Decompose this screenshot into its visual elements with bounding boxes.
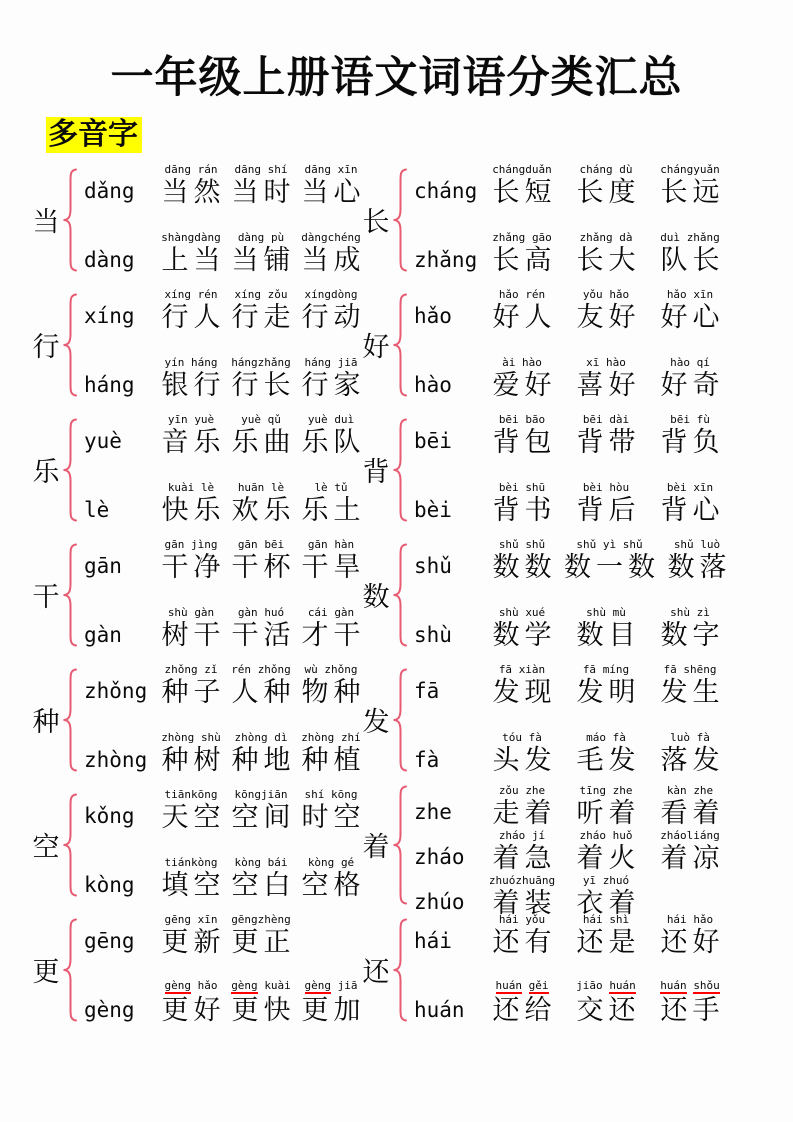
word-pinyin: gèng jiā (305, 979, 358, 994)
word-pinyin: hái hǎo (667, 913, 713, 926)
pronunciation-rows: shǔshǔ shǔ数数shǔ yì shǔ数一数shǔ luò数落shùshù… (414, 538, 793, 652)
word-pinyin: dāng rán (165, 163, 218, 176)
pronunciation-label: cháng (414, 179, 480, 208)
word-hanzi: 更正 (232, 927, 296, 958)
word-pinyin: hǎo xīn (667, 288, 713, 301)
pronunciation-rows: yuèyīn yuè音乐yuè qǔ乐曲yuè duì乐队lèkuài lè快乐… (84, 413, 366, 527)
pinyin-syllable: tǔ (334, 481, 347, 494)
word-item: kàn zhe看着 (648, 784, 732, 829)
pinyin-syllable: xíngdòng (305, 288, 358, 301)
polyphone-entry: 空kǒngtiānkōng天空kōngjiān空间shí kōng时空kòngt… (31, 782, 361, 907)
word-pinyin: dàngchéng (301, 231, 361, 244)
pronunciation-rows: gāngān jìng干净gān bēi干杯gān hàn干旱gànshù gà… (84, 538, 366, 652)
pinyin-syllable: huó (264, 606, 284, 619)
entry-character: 干 (31, 575, 61, 614)
word-item: huán gěi还给 (480, 979, 564, 1026)
entry-character: 数 (361, 575, 391, 614)
pronunciation-row: gēnggēng xīn更新gēngzhèng更正 (84, 913, 366, 958)
word-item: zhòng shù种树 (156, 731, 226, 776)
word-item: bèi hòu背后 (564, 481, 648, 526)
word-item: bēi bāo背包 (480, 413, 564, 458)
pronunciation-label: gān (84, 554, 156, 583)
word-pinyin: zhòng dì (235, 731, 288, 744)
pinyin-syllable: zhuó (603, 874, 630, 887)
pronunciation-row: lèkuài lè快乐huān lè欢乐lè tǔ乐土 (84, 481, 366, 526)
word-pinyin: luò fà (670, 731, 710, 744)
pinyin-syllable: dāng (165, 163, 192, 176)
pinyin-syllable: gèng (305, 979, 332, 994)
pinyin-syllable: xiàn (519, 663, 546, 676)
pinyin-syllable: shǔ (623, 538, 643, 551)
word-pinyin: háng jiā (305, 356, 358, 369)
word-hanzi: 乐土 (302, 495, 366, 526)
word-item: gèng hǎo更好 (156, 979, 226, 1026)
pinyin-syllable: hǎo (609, 288, 629, 301)
entry-character: 发 (361, 700, 391, 739)
word-pinyin: zháoliáng (660, 829, 720, 842)
pinyin-syllable: xīn (338, 163, 358, 176)
word-pinyin: fā míng (583, 663, 629, 676)
pinyin-syllable: zǒu (268, 288, 288, 301)
polyphone-grid: 当dǎngdāng rán当然dāng shí当时dāng xīn当心dàngs… (0, 157, 793, 1032)
word-pinyin: hái shì (583, 913, 629, 926)
word-item: gān jìng干净 (156, 538, 226, 583)
pinyin-syllable: dàngchéng (301, 231, 361, 244)
pinyin-syllable: shàngdàng (161, 231, 221, 244)
word-item: gēng xīn更新 (156, 913, 226, 958)
pinyin-syllable: shǔ (499, 538, 519, 551)
polyphone-entry: 好hǎohǎo rén好人yǒu hǎo友好hǎo xīn好心hàoài hào… (361, 282, 793, 407)
word-hanzi: 着急 (493, 843, 557, 874)
word-item: bèi xīn背心 (648, 481, 732, 526)
polyphone-entry: 长chángchángduǎn长短cháng dù长度chángyuǎn长远zh… (361, 157, 793, 282)
word-hanzi: 背书 (493, 495, 557, 526)
pronunciation-rows: hǎohǎo rén好人yǒu hǎo友好hǎo xīn好心hàoài hào爱… (414, 288, 793, 402)
polyphone-entry: 更gēnggēng xīn更新gēngzhèng更正gènggèng hǎo更好… (31, 907, 361, 1032)
word-pinyin: jiāo huán (576, 979, 636, 994)
word-pinyin: gēngzhèng (231, 913, 291, 926)
pinyin-syllable: hái (499, 913, 519, 926)
pinyin-syllable: dì (274, 731, 287, 744)
word-item: xī hào喜好 (564, 356, 648, 401)
pinyin-syllable: lè (201, 481, 214, 494)
word-pinyin: huán shǒu (660, 979, 720, 994)
word-hanzi: 干杯 (232, 552, 296, 583)
pinyin-syllable: yǒu (525, 913, 545, 926)
word-pinyin: zháo huǒ (580, 829, 633, 842)
word-pinyin: chángyuǎn (660, 163, 720, 176)
pinyin-syllable: hángzhǎng (231, 356, 291, 369)
pronunciation-label: kòng (84, 873, 156, 902)
pronunciation-label: hǎo (414, 304, 480, 333)
word-hanzi: 上当 (162, 245, 226, 276)
pinyin-syllable: hòu (609, 481, 629, 494)
word-hanzi: 好奇 (661, 370, 725, 401)
word-item: yuè qǔ乐曲 (226, 413, 296, 458)
pinyin-syllable: zhǒng (324, 663, 357, 676)
word-hanzi: 还好 (661, 927, 725, 958)
word-pinyin: shǔ shǔ (499, 538, 545, 551)
word-pinyin: yuè qǔ (241, 413, 281, 426)
pinyin-syllable: jí (532, 829, 545, 842)
pinyin-syllable: hǎo (693, 913, 713, 926)
word-hanzi: 空格 (302, 870, 366, 901)
word-item: shù zì数字 (648, 606, 732, 651)
word-item: zhǎng dà长大 (564, 231, 648, 276)
word-item: fā míng发明 (564, 663, 648, 708)
pinyin-syllable: zhǒng (165, 663, 198, 676)
pronunciation-rows: zhezǒu zhe走着tīng zhe听着kàn zhe看着zháozháo … (414, 784, 793, 906)
pinyin-syllable: hàn (334, 538, 354, 551)
word-item: shǔ shǔ数数 (480, 538, 564, 583)
word-hanzi: 发生 (661, 677, 725, 708)
pinyin-syllable: gēng (165, 913, 192, 926)
pronunciation-row: zhezǒu zhe走着tīng zhe听着kàn zhe看着 (414, 784, 793, 829)
pinyin-syllable: xīn (693, 481, 713, 494)
pinyin-syllable: rén (525, 288, 545, 301)
word-hanzi: 当铺 (232, 245, 296, 276)
polyphone-entry: 行xíngxíng rén行人xíng zǒu行走xíngdòng行动hángy… (31, 282, 361, 407)
word-hanzi: 发明 (577, 677, 641, 708)
word-item: yǒu hǎo友好 (564, 288, 648, 333)
pronunciation-row: chángchángduǎn长短cháng dù长度chángyuǎn长远 (414, 163, 793, 208)
pronunciation-rows: dǎngdāng rán当然dāng shí当时dāng xīn当心dàngsh… (84, 163, 366, 277)
word-hanzi: 背包 (493, 427, 557, 458)
pronunciation-row: xíngxíng rén行人xíng zǒu行走xíngdòng行动 (84, 288, 366, 333)
pronunciation-label: xíng (84, 304, 156, 333)
word-item: zhǒng zǐ种子 (156, 663, 226, 708)
word-item: dàng pù当铺 (226, 231, 296, 276)
word-hanzi: 行走 (232, 302, 296, 333)
brace-icon (61, 668, 79, 772)
word-hanzi: 物种 (302, 677, 366, 708)
word-pinyin: fā shēng (664, 663, 717, 676)
pinyin-syllable: yín (165, 356, 185, 369)
word-hanzi: 种植 (302, 745, 366, 776)
pronunciation-rows: gēnggēng xīn更新gēngzhèng更正gènggèng hǎo更好g… (84, 913, 366, 1027)
pinyin-syllable: hǎo (499, 288, 519, 301)
pinyin-syllable: rén (198, 288, 218, 301)
pinyin-syllable: huān (238, 481, 265, 494)
brace-icon (61, 793, 79, 897)
pinyin-syllable: xī (586, 356, 599, 369)
polyphone-entry: 乐yuèyīn yuè音乐yuè qǔ乐曲yuè duì乐队lèkuài lè快… (31, 407, 361, 532)
word-hanzi: 种树 (162, 745, 226, 776)
word-pinyin: hángzhǎng (231, 356, 291, 369)
pronunciation-row: zhǒngzhǒng zǐ种子rén zhǒng人种wù zhǒng物种 (84, 663, 366, 708)
brace-icon (61, 918, 79, 1022)
pronunciation-rows: chángchángduǎn长短cháng dù长度chángyuǎn长远zhǎ… (414, 163, 793, 277)
entry-character: 好 (361, 325, 391, 364)
entry-character: 着 (361, 825, 391, 864)
word-item: kōngjiān空间 (226, 788, 296, 833)
pinyin-syllable: zhe (693, 784, 713, 797)
pinyin-syllable: shù (168, 606, 188, 619)
pinyin-syllable: shǔ (674, 538, 694, 551)
word-pinyin: shù zì (670, 606, 710, 619)
pinyin-syllable: yǒu (583, 288, 603, 301)
word-pinyin: wù zhǒng (305, 663, 358, 676)
pinyin-syllable: hái (583, 913, 603, 926)
pinyin-syllable: shēng (683, 663, 716, 676)
word-hanzi: 乐队 (302, 427, 366, 458)
word-hanzi: 当心 (302, 177, 366, 208)
right-column: 长chángchángduǎn长短cháng dù长度chángyuǎn长远zh… (361, 157, 793, 1032)
word-hanzi: 填空 (162, 870, 226, 901)
word-pinyin: bèi xīn (667, 481, 713, 494)
pinyin-syllable: rén (231, 663, 251, 676)
word-hanzi: 银行 (162, 370, 226, 401)
word-pinyin: duì zhǎng (660, 231, 720, 244)
pinyin-syllable: lè (271, 481, 284, 494)
pinyin-syllable: luò (670, 731, 690, 744)
pinyin-syllable: hǎo (667, 288, 687, 301)
word-pinyin: bēi fù (670, 413, 710, 426)
pronunciation-row: yuèyīn yuè音乐yuè qǔ乐曲yuè duì乐队 (84, 413, 366, 458)
pinyin-syllable: chángduǎn (492, 163, 552, 176)
word-item: shù xué数学 (480, 606, 564, 651)
word-item: hào qí好奇 (648, 356, 732, 401)
word-pinyin: dāng shí (235, 163, 288, 176)
word-item: wù zhǒng物种 (296, 663, 366, 708)
word-pinyin: zhǒng zǐ (165, 663, 218, 676)
word-hanzi: 听着 (577, 798, 641, 829)
word-pinyin: yín háng (165, 356, 218, 369)
entry-character: 乐 (31, 450, 61, 489)
word-hanzi: 爱好 (493, 370, 557, 401)
pinyin-syllable: bēi (264, 538, 284, 551)
word-pinyin: kuài lè (168, 481, 214, 494)
pronunciation-label: zhe (414, 800, 480, 829)
pinyin-syllable: bái (268, 856, 288, 869)
brace-icon (391, 168, 409, 272)
pronunciation-rows: bēibēi bāo背包bēi dài背带bēi fù背负bèibèi shū背… (414, 413, 793, 527)
pinyin-syllable: fā (499, 663, 512, 676)
pinyin-syllable: hào (522, 356, 542, 369)
brace-icon (391, 418, 409, 522)
pinyin-syllable: xīn (198, 913, 218, 926)
pronunciation-label: fā (414, 679, 480, 708)
pronunciation-row: hǎohǎo rén好人yǒu hǎo友好hǎo xīn好心 (414, 288, 793, 333)
word-item: rén zhǒng人种 (226, 663, 296, 708)
word-hanzi: 数一数 (564, 552, 660, 583)
pinyin-syllable: rán (198, 163, 218, 176)
pinyin-syllable: kàn (667, 784, 687, 797)
pinyin-syllable: bèi (499, 481, 519, 494)
pronunciation-label: yuè (84, 429, 156, 458)
word-item: hǎo rén好人 (480, 288, 564, 333)
word-hanzi: 当时 (232, 177, 296, 208)
pinyin-syllable: zhòng (235, 731, 268, 744)
word-pinyin: shù mù (586, 606, 626, 619)
polyphone-entry: 背bēibēi bāo背包bēi dài背带bēi fù背负bèibèi shū… (361, 407, 793, 532)
brace-icon (391, 918, 409, 1022)
word-pinyin: zhǎng dà (580, 231, 633, 244)
left-column: 当dǎngdāng rán当然dāng shí当时dāng xīn当心dàngs… (31, 157, 361, 1032)
word-item: xíng rén行人 (156, 288, 226, 333)
entry-character: 种 (31, 700, 61, 739)
pinyin-syllable: bēi (670, 413, 690, 426)
word-hanzi: 队长 (661, 245, 725, 276)
word-pinyin: bèi shū (499, 481, 545, 494)
word-hanzi: 当然 (162, 177, 226, 208)
word-hanzi: 行家 (302, 370, 366, 401)
word-item: dàngchéng当成 (296, 231, 366, 276)
word-item: xíng zǒu行走 (226, 288, 296, 333)
word-hanzi: 头发 (493, 745, 557, 776)
word-hanzi: 数目 (577, 620, 641, 651)
word-hanzi: 人种 (232, 677, 296, 708)
word-hanzi: 喜好 (577, 370, 641, 401)
word-item: gàn huó干活 (226, 606, 296, 651)
polyphone-entry: 数shǔshǔ shǔ数数shǔ yì shǔ数一数shǔ luò数落shùsh… (361, 532, 793, 657)
word-hanzi: 长大 (577, 245, 641, 276)
polyphone-entry: 当dǎngdāng rán当然dāng shí当时dāng xīn当心dàngs… (31, 157, 361, 282)
pinyin-syllable: huán (609, 979, 636, 994)
pinyin-syllable: duì (660, 231, 680, 244)
pinyin-syllable: shí (305, 788, 325, 801)
word-pinyin: ài hào (502, 356, 542, 369)
word-hanzi: 数落 (668, 552, 732, 583)
word-hanzi: 欢乐 (232, 495, 296, 526)
pronunciation-row: hángyín háng银行hángzhǎng行长háng jiā行家 (84, 356, 366, 401)
word-hanzi: 好人 (493, 302, 557, 333)
word-pinyin: xíngdòng (305, 288, 358, 301)
word-hanzi: 天空 (162, 802, 226, 833)
brace-icon (391, 668, 409, 772)
pinyin-syllable: fā (583, 663, 596, 676)
entry-character: 当 (31, 200, 61, 239)
pinyin-syllable: qǔ (268, 413, 281, 426)
word-pinyin: kòng bái (235, 856, 288, 869)
pinyin-syllable: gàn (238, 606, 258, 619)
word-hanzi: 长短 (493, 177, 557, 208)
entry-character: 背 (361, 450, 391, 489)
word-item: yīn yuè音乐 (156, 413, 226, 458)
word-pinyin: gàn huó (238, 606, 284, 619)
pronunciation-row: dǎngdāng rán当然dāng shí当时dāng xīn当心 (84, 163, 366, 208)
word-pinyin: xíng zǒu (235, 288, 288, 301)
word-hanzi: 更好 (162, 995, 226, 1026)
word-hanzi: 好心 (661, 302, 725, 333)
pronunciation-row: zhǎngzhǎng gāo长高zhǎng dà长大duì zhǎng队长 (414, 231, 793, 276)
pinyin-syllable: kòng (235, 856, 262, 869)
word-pinyin: tīng zhe (580, 784, 633, 797)
word-pinyin: shǔ yì shǔ (576, 538, 642, 551)
word-hanzi: 发现 (493, 677, 557, 708)
word-pinyin: hǎo rén (499, 288, 545, 301)
entry-character: 行 (31, 325, 61, 364)
word-item: kuài lè快乐 (156, 481, 226, 526)
pronunciation-row: háihái yǒu还有hái shì还是hái hǎo还好 (414, 913, 793, 958)
word-pinyin: chángduǎn (492, 163, 552, 176)
pinyin-syllable: kōngjiān (235, 788, 288, 801)
word-item: hái hǎo还好 (648, 913, 732, 958)
word-hanzi: 交还 (577, 995, 641, 1026)
word-pinyin: xī hào (586, 356, 626, 369)
pinyin-syllable: shǒu (693, 979, 720, 994)
word-hanzi: 更快 (232, 995, 296, 1026)
word-pinyin: zháo jí (499, 829, 545, 842)
pronunciation-label: gàn (84, 623, 156, 652)
pinyin-syllable: yuè (194, 413, 214, 426)
pinyin-syllable: gān (238, 538, 258, 551)
pinyin-syllable: fà (529, 731, 542, 744)
word-hanzi: 长高 (493, 245, 557, 276)
word-pinyin: shàngdàng (161, 231, 221, 244)
pronunciation-rows: háihái yǒu还有hái shì还是hái hǎo还好huánhuán g… (414, 913, 793, 1027)
pinyin-syllable: tiánkòng (165, 856, 218, 869)
word-hanzi: 种地 (232, 745, 296, 776)
pinyin-syllable: bēi (583, 413, 603, 426)
word-hanzi: 数字 (661, 620, 725, 651)
word-item: máo fà毛发 (564, 731, 648, 776)
pronunciation-label: bēi (414, 429, 480, 458)
word-hanzi: 着凉 (661, 843, 725, 874)
brace-icon (61, 168, 79, 272)
brace-icon (391, 543, 409, 647)
word-pinyin: gèng hǎo (165, 979, 218, 994)
pinyin-syllable: shù (499, 606, 519, 619)
word-pinyin: yuè duì (308, 413, 354, 426)
word-pinyin: kàn zhe (667, 784, 713, 797)
pronunciation-label: zhǎng (414, 248, 480, 277)
polyphone-entry: 着zhezǒu zhe走着tīng zhe听着kàn zhe看着zháozháo… (361, 782, 793, 907)
word-item: tiānkōng天空 (156, 788, 226, 833)
pinyin-syllable: gān (165, 538, 185, 551)
polyphone-entry: 还háihái yǒu还有hái shì还是hái hǎo还好huánhuán … (361, 907, 793, 1032)
pronunciation-label: shù (414, 623, 480, 652)
pinyin-syllable: yuè (241, 413, 261, 426)
word-pinyin: dāng xīn (305, 163, 358, 176)
word-item: háng jiā行家 (296, 356, 366, 401)
word-item: fā shēng发生 (648, 663, 732, 708)
pinyin-syllable: bèi (583, 481, 603, 494)
pinyin-syllable: gèng (231, 979, 258, 994)
pinyin-syllable: hǎo (198, 979, 218, 992)
pinyin-syllable: míng (603, 663, 630, 676)
word-pinyin: bēi bāo (499, 413, 545, 426)
pronunciation-row: shǔshǔ shǔ数数shǔ yì shǔ数一数shǔ luò数落 (414, 538, 793, 583)
word-hanzi: 背心 (661, 495, 725, 526)
pinyin-syllable: tīng (580, 784, 607, 797)
pinyin-syllable: zhe (525, 784, 545, 797)
pronunciation-row: kòngtiánkòng填空kòng bái空白kòng gé空格 (84, 856, 366, 901)
word-hanzi: 还有 (493, 927, 557, 958)
word-item: huán shǒu还手 (648, 979, 732, 1026)
pinyin-syllable: shí (268, 163, 288, 176)
pinyin-syllable: zhǎng (687, 231, 720, 244)
pronunciation-row: fàtóu fà头发máo fà毛发luò fà落发 (414, 731, 793, 776)
word-pinyin: yī zhuó (583, 874, 629, 887)
word-pinyin: huān lè (238, 481, 284, 494)
word-item: luò fà落发 (648, 731, 732, 776)
entry-character: 还 (361, 950, 391, 989)
pronunciation-row: huánhuán gěi还给jiāo huán交还huán shǒu还手 (414, 979, 793, 1026)
word-item: tīng zhe听着 (564, 784, 648, 829)
pinyin-syllable: pù (271, 231, 284, 244)
word-hanzi: 当成 (302, 245, 366, 276)
word-item: shàngdàng上当 (156, 231, 226, 276)
pinyin-syllable: gān (308, 538, 328, 551)
pronunciation-row: gànshù gàn树干gàn huó干活cái gàn才干 (84, 606, 366, 651)
word-item: zhǎng gāo长高 (480, 231, 564, 276)
word-item: duì zhǎng队长 (648, 231, 732, 276)
word-pinyin: fā xiàn (499, 663, 545, 676)
polyphone-entry: 干gāngān jìng干净gān bēi干杯gān hàn干旱gànshù g… (31, 532, 361, 657)
word-hanzi: 落发 (661, 745, 725, 776)
word-hanzi: 时空 (302, 802, 366, 833)
